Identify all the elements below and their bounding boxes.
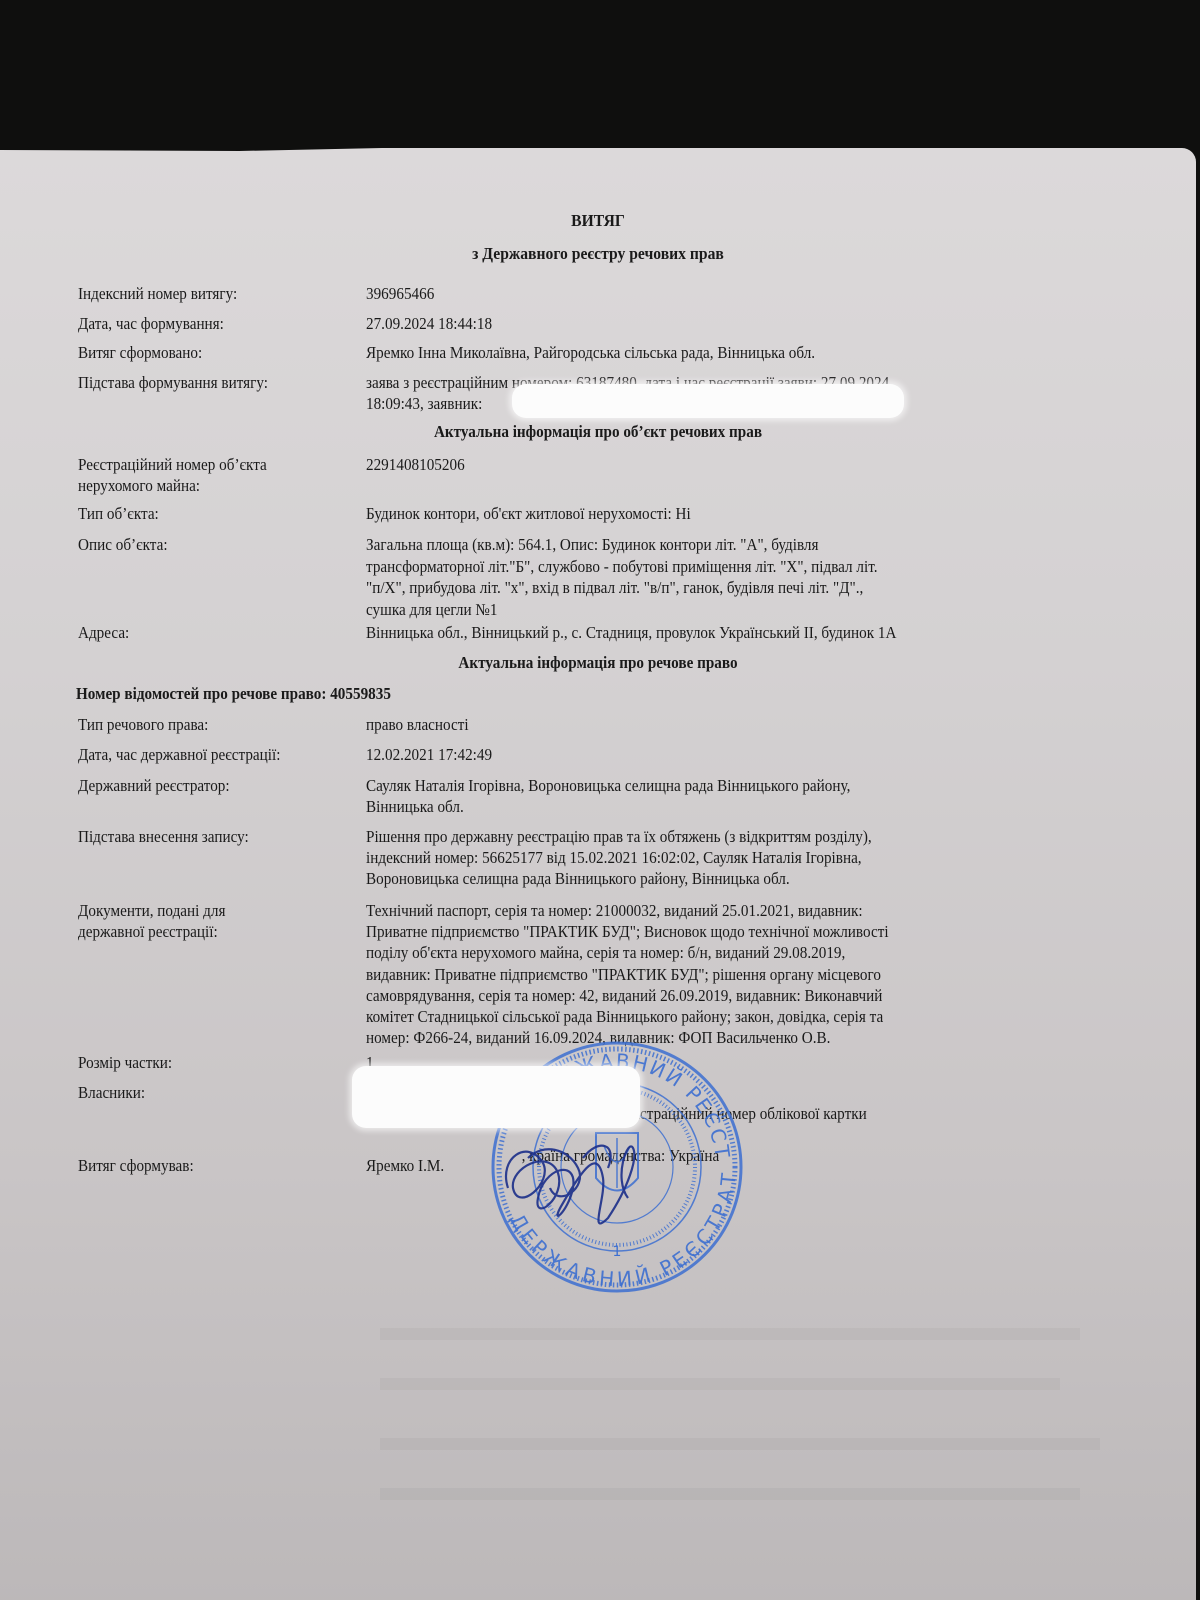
field-label: Реєстраційний номер об’єкта нерухомого м… xyxy=(78,454,336,496)
field-value: Яремко І.М. xyxy=(366,1155,1120,1176)
value-line: видавник: Приватне підприємство "ПРАКТИК… xyxy=(366,965,881,984)
field-label: Витяг сформовано: xyxy=(78,342,336,363)
record-number: Номер відомостей про речове право: 40559… xyxy=(76,684,391,704)
label-line: Реєстраційний номер об’єкта xyxy=(78,455,267,474)
value-line: трансформаторної літ."Б", службово - поб… xyxy=(366,557,877,576)
bleed-through xyxy=(380,1378,1060,1390)
field-label: Документи, подані для державної реєстрац… xyxy=(78,900,336,942)
field-value: Будинок контори, об'єкт житлової нерухом… xyxy=(366,503,1120,524)
section-heading-right: Актуальна інформація про речове право xyxy=(48,653,1148,673)
field-label: Власники: xyxy=(78,1082,336,1103)
field-value: Вінницька обл., Вінницький р., с. Стадни… xyxy=(366,622,1120,643)
section-heading-object: Актуальна інформація про об’єкт речових … xyxy=(48,422,1148,442)
field-label: Адреса: xyxy=(78,622,336,643)
value-line: Сауляк Наталія Ігорівна, Вороновицька се… xyxy=(366,776,850,795)
value-line: Вінницька обл. xyxy=(366,797,464,816)
field-value: 27.09.2024 18:44:18 xyxy=(366,313,1120,334)
field-label: Розмір частки: xyxy=(78,1052,336,1073)
value-line: сушка для цегли №1 xyxy=(366,600,497,619)
label-line: державної реєстрації: xyxy=(78,922,218,941)
field-label: Підстава формування витягу: xyxy=(78,372,336,393)
bleed-through xyxy=(380,1488,1080,1500)
field-value: 12.02.2021 17:42:49 xyxy=(366,744,1120,765)
value-line: Вороновицька селищна рада Вінницького ра… xyxy=(366,869,790,888)
field-label: Дата, час формування: xyxy=(78,313,336,334)
document-subtitle: з Державного реєстру речових прав xyxy=(48,244,1148,264)
value-line: Загальна площа (кв.м): 564.1, Опис: Буди… xyxy=(366,535,818,554)
value-line: 18:09:43, заявник: xyxy=(366,394,482,413)
bleed-through xyxy=(380,1328,1080,1340)
value-line: поділу об'єкта нерухомого майна, серія т… xyxy=(366,943,845,962)
value-line: Приватне підприємство "ПРАКТИК БУД"; Вис… xyxy=(366,922,889,941)
field-label: Опис об’єкта: xyxy=(78,534,336,556)
field-label: Підстава внесення запису: xyxy=(78,826,336,847)
svg-text:1: 1 xyxy=(613,1244,622,1260)
field-value: Загальна площа (кв.м): 564.1, Опис: Буди… xyxy=(366,534,1120,620)
field-label: Витяг сформував: xyxy=(78,1155,336,1176)
field-value: Рішення про державну реєстрацію прав та … xyxy=(366,826,1120,889)
document-page: ВИТЯГ з Державного реєстру речових прав … xyxy=(0,148,1196,1600)
value-line: самоврядування, серія та номер: 42, вида… xyxy=(366,986,882,1005)
field-label: Тип об’єкта: xyxy=(78,503,336,524)
field-label: Дата, час державної реєстрації: xyxy=(78,744,336,765)
redaction-owner xyxy=(352,1066,640,1128)
field-value: Технічний паспорт, серія та номер: 21000… xyxy=(366,900,1120,1048)
value-line: індексний номер: 56625177 від 15.02.2021… xyxy=(366,848,862,867)
field-label: Індексний номер витягу: xyxy=(78,283,336,304)
field-value: 396965466 xyxy=(366,283,1120,304)
value-line: Технічний паспорт, серія та номер: 21000… xyxy=(366,901,863,920)
label-line: Документи, подані для xyxy=(78,901,225,920)
field-value: 2291408105206 xyxy=(366,454,1120,475)
field-label: Державний реєстратор: xyxy=(78,775,336,796)
value-line: комітет Стадницької сільської рада Вінни… xyxy=(366,1007,883,1026)
bleed-through xyxy=(380,1438,1100,1450)
field-value: Яремко Інна Миколаївна, Райгородська сіл… xyxy=(366,342,1120,363)
label-line: нерухомого майна: xyxy=(78,476,200,495)
field-value: право власності xyxy=(366,714,1120,735)
value-line: "п/Х", прибудова літ. "х", вхід в підвал… xyxy=(366,578,863,597)
field-value: Сауляк Наталія Ігорівна, Вороновицька се… xyxy=(366,775,1120,817)
value-line: Рішення про державну реєстрацію прав та … xyxy=(366,827,872,846)
field-label: Тип речового права: xyxy=(78,714,336,735)
field-object-reg-number: Реєстраційний номер об’єкта нерухомого м… xyxy=(78,454,1118,498)
document-title: ВИТЯГ xyxy=(48,211,1148,231)
redaction-applicant xyxy=(512,384,904,418)
